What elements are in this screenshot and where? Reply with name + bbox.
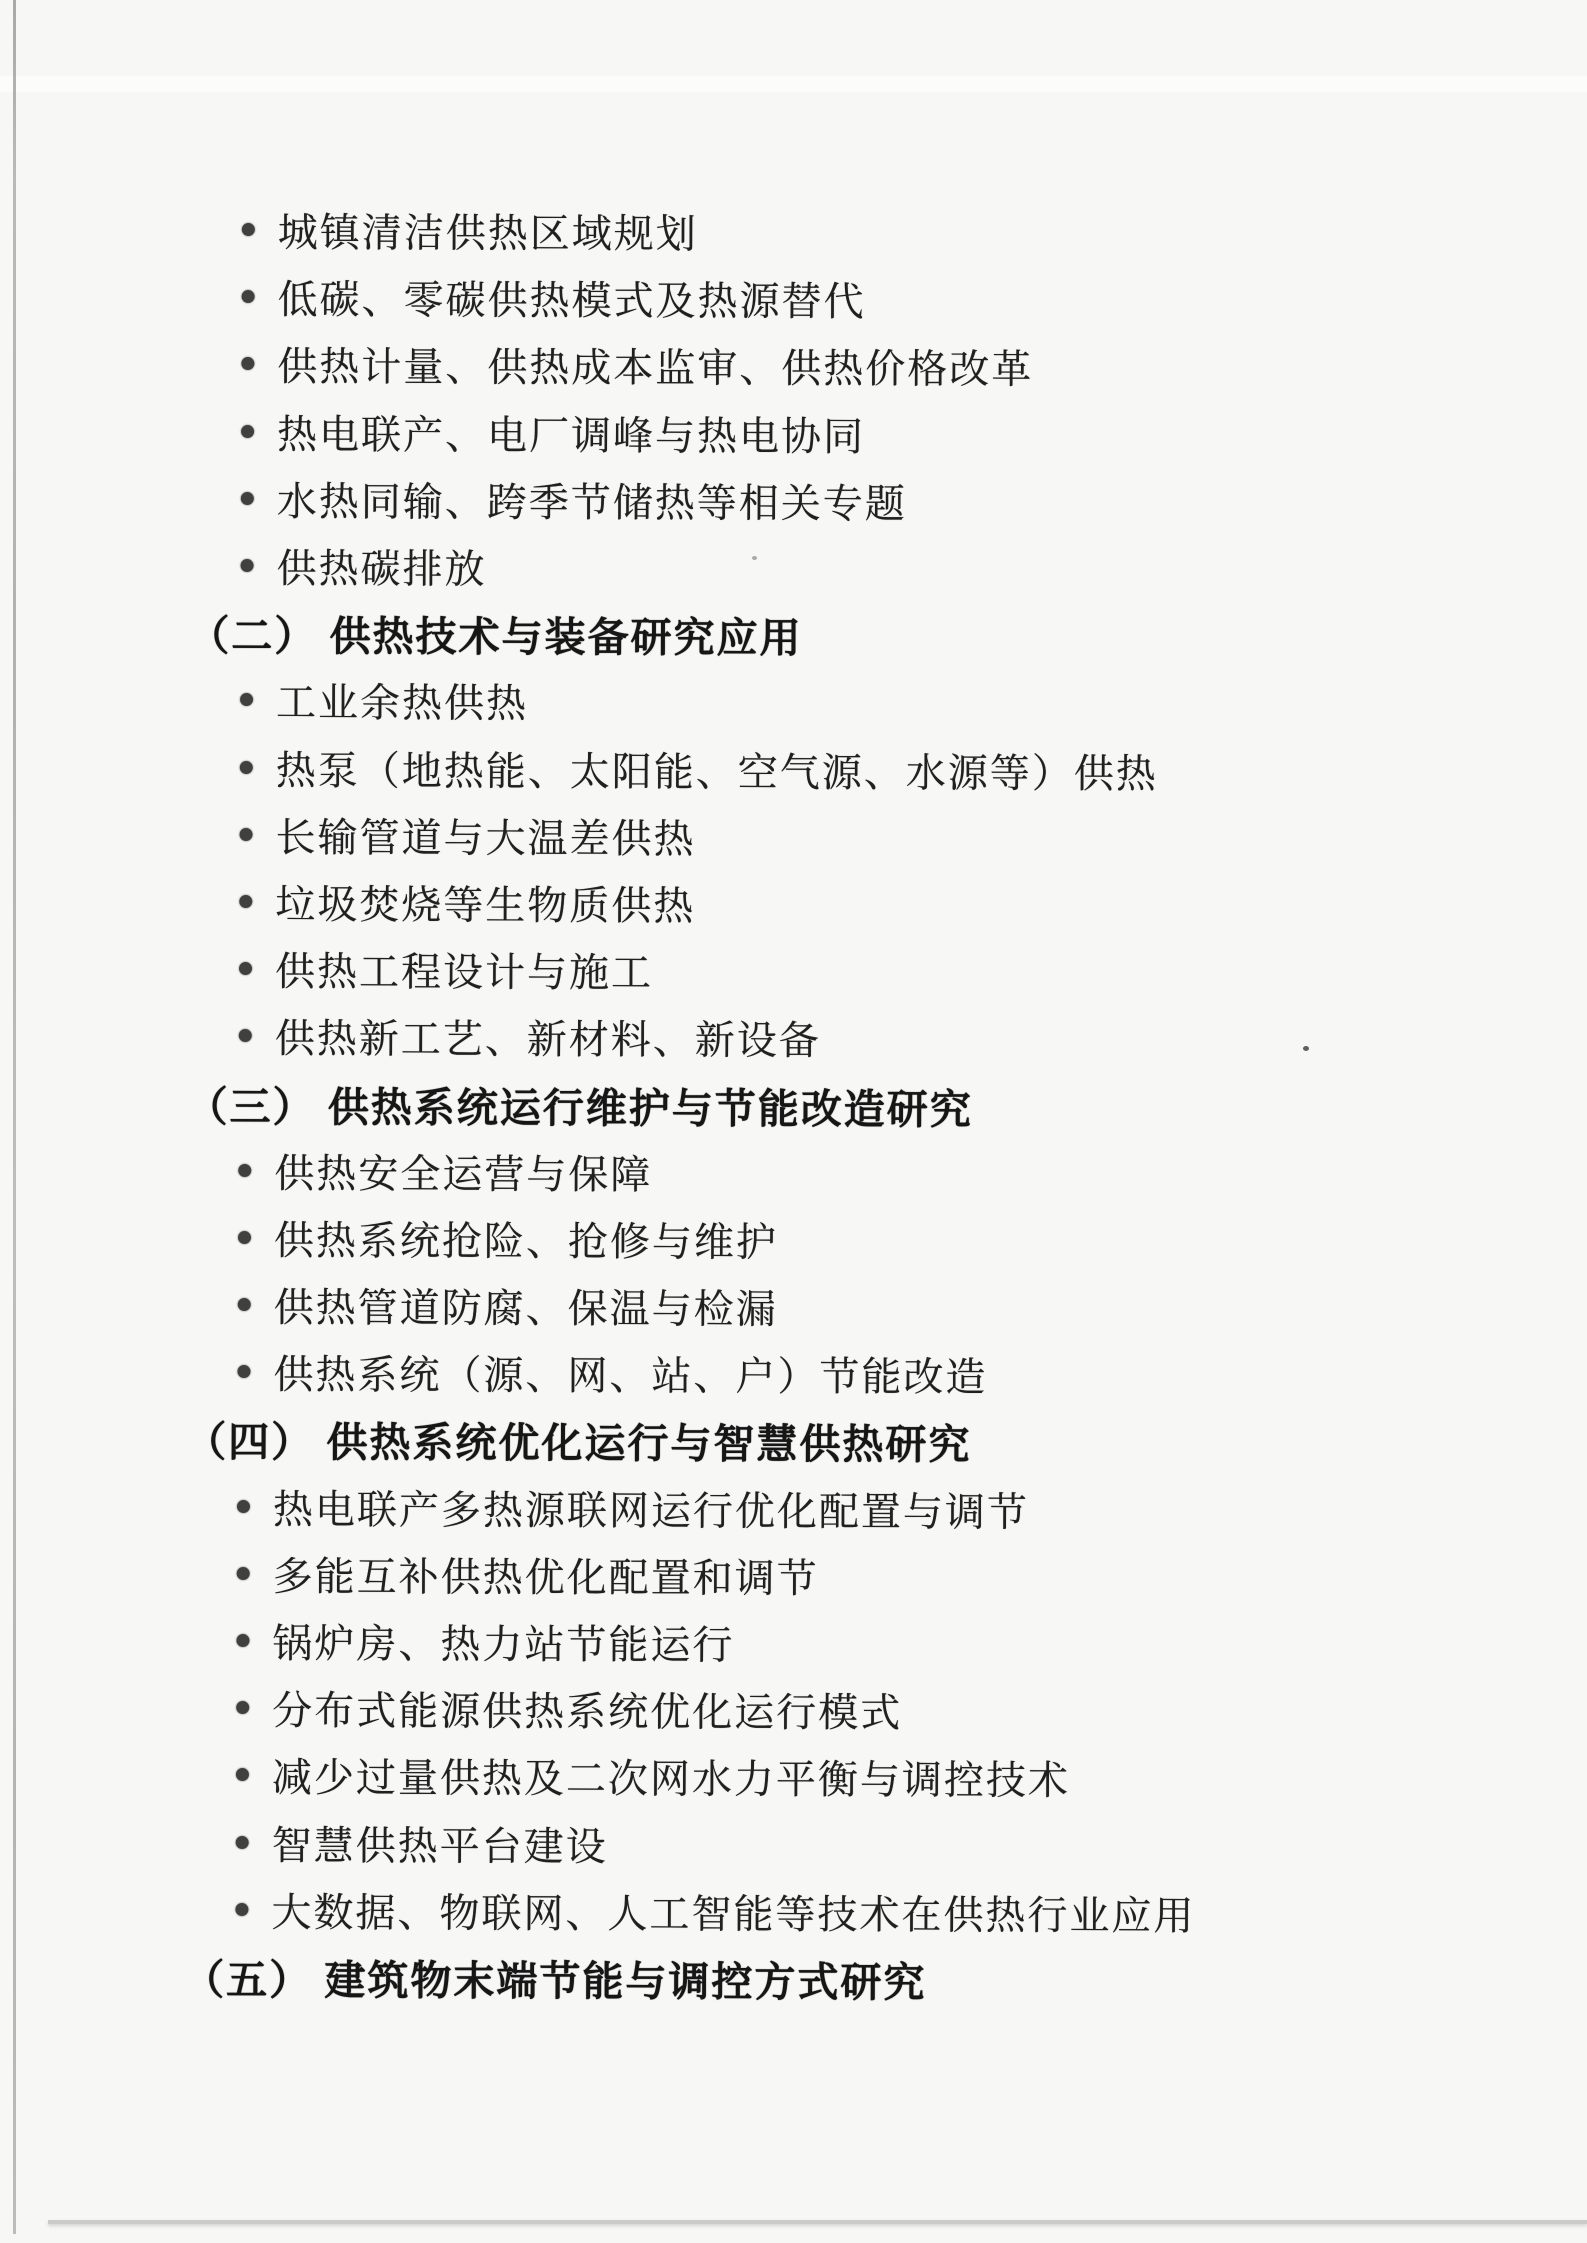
bullet-item-text: 水热同输、跨季节储热等相关专题: [277, 470, 907, 529]
section-heading-text: （五） 建筑物末端节能与调控方式研究: [183, 1947, 926, 2009]
section-heading-text: （二） 供热技术与装备研究应用: [188, 603, 802, 664]
bullet-item: 供热新工艺、新材料、新设备: [0, 1001, 1584, 1074]
bullet-item-text: 锅炉房、热力站节能运行: [272, 1612, 734, 1671]
bullet-icon: [236, 1701, 249, 1714]
bullet-icon: [236, 1768, 249, 1781]
bullet-item: 热电联产、电厂调峰与热电协同: [0, 397, 1586, 470]
bullet-item: 锅炉房、热力站节能运行: [0, 1606, 1582, 1679]
bullet-icon: [240, 828, 253, 841]
bullet-item-text: 供热系统（源、网、站、户）节能改造: [273, 1343, 987, 1403]
bullet-icon: [241, 357, 254, 370]
bullet-icon: [240, 761, 253, 774]
scan-light-streak: [0, 76, 1587, 92]
bullet-item-text: 低碳、零碳供热模式及热源替代: [278, 268, 866, 327]
bullet-icon: [239, 962, 252, 975]
section-heading-text: （四） 供热系统优化运行与智慧供热研究: [185, 1409, 971, 1471]
bullet-item: 分布式能源供热系统优化运行模式: [0, 1673, 1581, 1746]
bullet-icon: [239, 895, 252, 908]
bullet-item: 垃圾焚烧等生物质供热: [0, 867, 1584, 940]
bullet-item: 供热计量、供热成本监审、供热价格改革: [0, 329, 1586, 402]
bullet-item-text: 供热管道防腐、保温与检漏: [274, 1276, 778, 1335]
bullet-item-text: 供热新工艺、新材料、新设备: [275, 1007, 821, 1066]
bullet-item-text: 供热计量、供热成本监审、供热价格改革: [277, 336, 1033, 396]
bullet-item-text: 大数据、物联网、人工智能等技术在供热行业应用: [271, 1881, 1195, 1942]
bullet-icon: [238, 1231, 251, 1244]
bullet-item: 工业余热供热: [0, 665, 1585, 738]
bullet-item: 供热管道防腐、保温与检漏: [0, 1270, 1583, 1343]
section-heading-text: （三） 供热系统运行维护与节能改造研究: [186, 1073, 972, 1135]
bullet-item-text: 热泵（地热能、太阳能、空气源、水源等）供热: [276, 739, 1158, 799]
bullet-item: 供热系统抢险、抢修与维护: [0, 1203, 1583, 1276]
bullet-item: 低碳、零碳供热模式及热源替代: [0, 262, 1587, 335]
section-heading: （四） 供热系统优化运行与智慧供热研究: [0, 1404, 1582, 1477]
bullet-icon: [241, 492, 254, 505]
bullet-item-text: 供热系统抢险、抢修与维护: [274, 1209, 778, 1268]
bullet-item-text: 智慧供热平台建设: [272, 1814, 608, 1872]
bullet-icon: [239, 1029, 252, 1042]
bullet-item-text: 热电联产、电厂调峰与热电协同: [277, 403, 865, 462]
scan-bottom-edge-line: [48, 2220, 1587, 2224]
bullet-icon: [235, 1903, 248, 1916]
bullet-icon: [241, 559, 254, 572]
bullet-icon: [237, 1567, 250, 1580]
bullet-item-text: 供热碳排放: [276, 537, 486, 595]
scanned-page: 城镇清洁供热区域规划低碳、零碳供热模式及热源替代供热计量、供热成本监审、供热价格…: [0, 0, 1587, 2243]
bullet-icon: [237, 1500, 250, 1513]
section-heading: （五） 建筑物末端节能与调控方式研究: [0, 1942, 1580, 2015]
bullet-item-text: 减少过量供热及二次网水力平衡与调控技术: [272, 1747, 1070, 1807]
bullet-item: 城镇清洁供热区域规划: [0, 195, 1587, 268]
bullet-item: 供热碳排放: [0, 531, 1586, 604]
bullet-item: 长输管道与大温差供热: [0, 800, 1585, 873]
bullet-item-text: 供热安全运营与保障: [274, 1142, 652, 1200]
bullet-icon: [237, 1365, 250, 1378]
section-heading: （二） 供热技术与装备研究应用: [0, 598, 1585, 671]
bullet-item-text: 长输管道与大温差供热: [275, 806, 695, 865]
bullet-item: 供热系统（源、网、站、户）节能改造: [0, 1337, 1583, 1410]
bullet-icon: [236, 1836, 249, 1849]
section-heading: （三） 供热系统运行维护与节能改造研究: [0, 1069, 1584, 1142]
bullet-item-text: 多能互补供热优化配置和调节: [273, 1545, 819, 1604]
bullet-item: 热电联产多热源联网运行优化配置与调节: [0, 1472, 1582, 1545]
bullet-icon: [242, 223, 255, 236]
bullet-item-text: 分布式能源供热系统优化运行模式: [272, 1679, 902, 1738]
bullet-item-text: 垃圾焚烧等生物质供热: [275, 873, 695, 932]
bullet-item: 智慧供热平台建设: [0, 1808, 1581, 1881]
bullet-icon: [238, 1298, 251, 1311]
bullet-item: 多能互补供热优化配置和调节: [0, 1539, 1582, 1612]
bullet-item-text: 热电联产多热源联网运行优化配置与调节: [273, 1478, 1029, 1538]
bullet-item: 水热同输、跨季节储热等相关专题: [0, 464, 1586, 537]
topic-list: 城镇清洁供热区域规划低碳、零碳供热模式及热源替代供热计量、供热成本监审、供热价格…: [0, 195, 1587, 2015]
bullet-icon: [236, 1634, 249, 1647]
bullet-item: 供热工程设计与施工: [0, 934, 1584, 1007]
bullet-icon: [238, 1164, 251, 1177]
bullet-item-text: 城镇清洁供热区域规划: [278, 201, 698, 260]
bullet-item: 减少过量供热及二次网水力平衡与调控技术: [0, 1740, 1581, 1813]
bullet-item: 热泵（地热能、太阳能、空气源、水源等）供热: [0, 733, 1585, 806]
bullet-icon: [242, 290, 255, 303]
bullet-icon: [241, 425, 254, 438]
bullet-item: 大数据、物联网、人工智能等技术在供热行业应用: [0, 1875, 1581, 1948]
bullet-item-text: 工业余热供热: [276, 672, 528, 730]
bullet-item-text: 供热工程设计与施工: [275, 940, 653, 998]
bullet-item: 供热安全运营与保障: [0, 1136, 1583, 1209]
bullet-icon: [240, 693, 253, 706]
